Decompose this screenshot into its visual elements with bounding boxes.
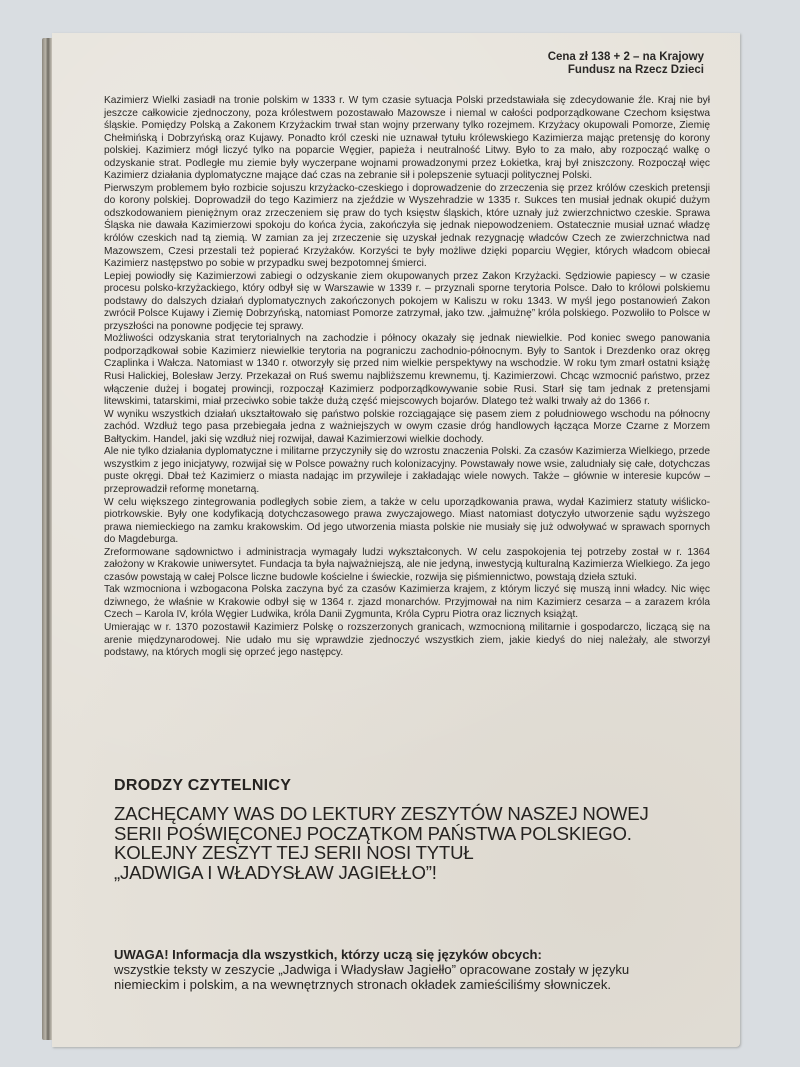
readers-heading: DRODZY CZYTELNICY — [114, 777, 714, 795]
readers-section: DRODZY CZYTELNICY ZACHĘCAMY WAS DO LEKTU… — [114, 777, 714, 882]
language-notice: UWAGA! Informacja dla wszystkich, którzy… — [114, 947, 714, 992]
readers-line: KOLEJNY ZESZYT TEJ SERII NOSI TYTUŁ — [114, 843, 714, 863]
price-line: Fundusz na Rzecz Dzieci — [548, 64, 704, 77]
article-paragraph: W wyniku wszystkich działań ukształtował… — [104, 409, 710, 447]
booklet-back-cover: Cena zł 138 + 2 – na Krajowy Fundusz na … — [52, 33, 740, 1047]
readers-line: SERII POŚWIĘCONEJ POCZĄTKOM PAŃSTWA POLS… — [114, 824, 714, 844]
notice-line: niemieckim i polskim, a na wewnętrznych … — [114, 977, 714, 992]
article-paragraph: Tak wzmocniona i wzbogacona Polska zaczy… — [104, 584, 710, 622]
article-paragraph: W celu większego zintegrowania podległyc… — [104, 497, 710, 547]
price-note: Cena zł 138 + 2 – na Krajowy Fundusz na … — [548, 51, 704, 77]
article-paragraph: Pierwszym problemem było rozbicie sojusz… — [104, 183, 710, 271]
price-line: Cena zł 138 + 2 – na Krajowy — [548, 51, 704, 64]
notice-heading: UWAGA! Informacja dla wszystkich, którzy… — [114, 947, 714, 962]
readers-line: ZACHĘCAMY WAS DO LEKTURY ZESZYTÓW NASZEJ… — [114, 804, 714, 824]
notice-line: wszystkie teksty w zeszycie „Jadwiga i W… — [114, 962, 714, 977]
readers-line: „JADWIGA I WŁADYSŁAW JAGIEŁŁO”! — [114, 863, 714, 883]
article-paragraph: Ale nie tylko działania dyplomatyczne i … — [104, 446, 710, 496]
history-article: Kazimierz Wielki zasiadł na tronie polsk… — [104, 95, 710, 660]
article-paragraph: Kazimierz Wielki zasiadł na tronie polsk… — [104, 95, 710, 183]
article-paragraph: Lepiej powiodły się Kazimierzowi zabiegi… — [104, 271, 710, 334]
article-paragraph: Umierając w r. 1370 pozostawił Kazimierz… — [104, 622, 710, 660]
booklet-spine — [42, 38, 52, 1040]
article-paragraph: Możliwości odzyskania strat terytorialny… — [104, 333, 710, 408]
article-paragraph: Zreformowane sądownictwo i administracja… — [104, 547, 710, 585]
